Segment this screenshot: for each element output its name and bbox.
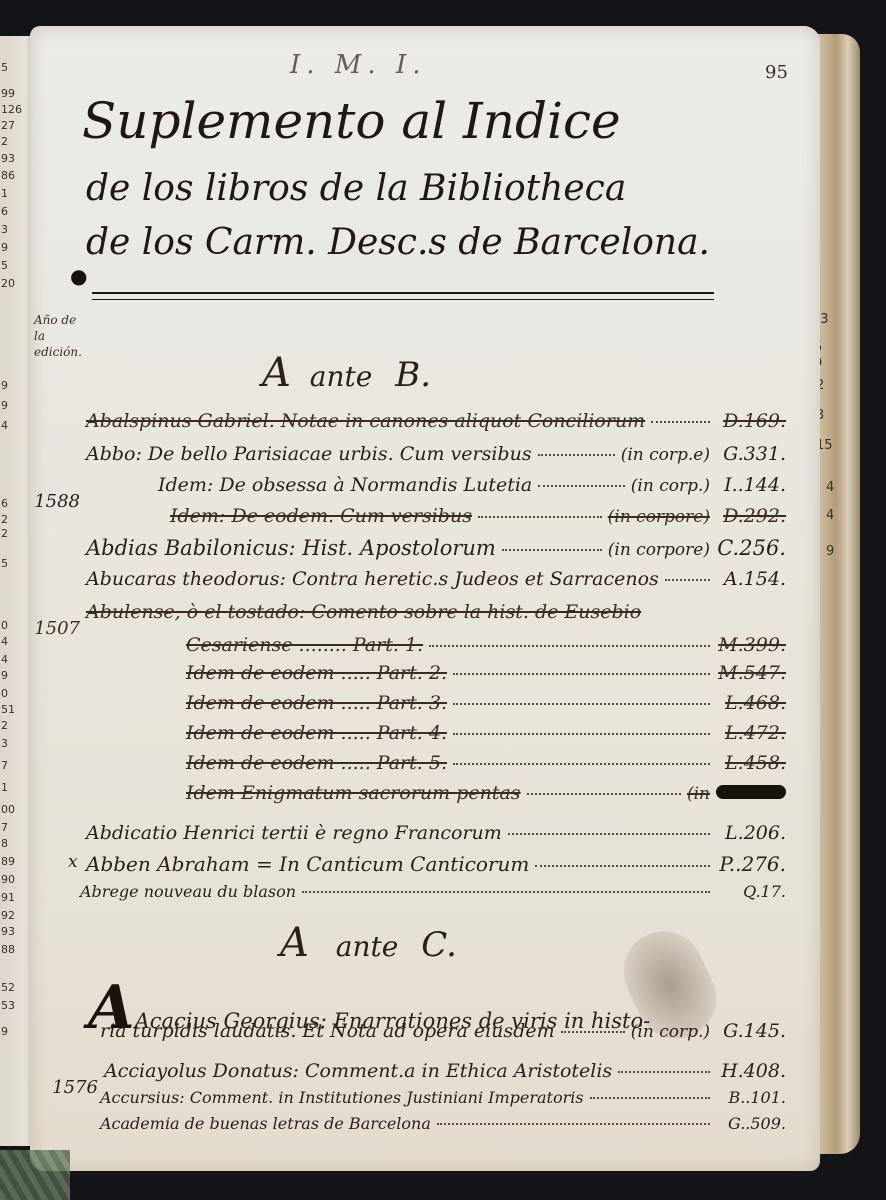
margin-number: 4 — [1, 654, 8, 665]
index-entry: Cesariense ........ Part. 1. M.399. — [186, 634, 786, 664]
margin-note: Año de la edición. — [34, 312, 84, 361]
entry-note: (in corp.) — [631, 1022, 710, 1042]
leader-dots — [538, 454, 615, 456]
margin-number: 91 — [1, 892, 15, 903]
margin-number: 86 — [1, 170, 15, 181]
entry-text: Academia de buenas letras de Barcelona — [100, 1114, 431, 1133]
margin-number: 5 — [1, 558, 8, 569]
entry-note: (in corp.) — [631, 476, 710, 496]
shelf-reference: L.206. — [716, 822, 786, 844]
margin-number: 92 — [1, 910, 15, 921]
leader-dots — [429, 645, 710, 647]
margin-number: 5 — [1, 260, 8, 271]
margin-number: 20 — [1, 278, 15, 289]
entry-text: Abdias Babilonicus: Hist. Apostolorum — [86, 536, 496, 560]
section-word: ante — [336, 930, 399, 963]
shelf-reference: L.468. — [716, 692, 786, 714]
margin-number: 1 — [1, 782, 8, 793]
shelf-reference: G..509. — [716, 1114, 786, 1133]
shelf-reference: C.256. — [716, 536, 786, 560]
margin-number: 1 — [1, 188, 8, 199]
entry-text: ria turpidis laudatis. Et Nota ad opera … — [100, 1020, 555, 1042]
margin-number: 93 — [1, 926, 15, 937]
margin-number: 6 — [1, 498, 8, 509]
entry-text: Abdicatio Henrici tertii è regno Francor… — [86, 822, 502, 844]
margin-number: 0 — [1, 620, 8, 631]
shelf-reference: I..144. — [716, 474, 786, 496]
year-text: 1576 — [52, 1077, 98, 1098]
entry-text: Idem de eodem ..... Part. 5. — [186, 752, 447, 774]
leader-dots — [535, 865, 710, 867]
section-word: ante — [310, 360, 373, 393]
entry-note: (in corpore) — [608, 507, 710, 527]
margin-number: 2 — [1, 720, 8, 731]
index-entry: 1576 Acciayolus Donatus: Comment.a in Et… — [104, 1060, 786, 1090]
margin-number: 4 — [1, 636, 8, 647]
margin-number: 27 — [1, 120, 15, 131]
section-next-letter: B. — [395, 355, 431, 395]
index-entry: A Acacius Georgius: Enarrationes de viri… — [88, 984, 788, 1014]
margin-number: 9 — [1, 400, 8, 411]
leader-dots — [453, 763, 710, 765]
margin-number: 51 — [1, 704, 15, 715]
ink-blot-icon — [716, 785, 786, 799]
margin-number: 3 — [1, 738, 8, 749]
entry-text: Abulense, ò el tostado: Comento sobre la… — [86, 601, 641, 623]
entry-note: (in corp.e) — [621, 445, 710, 465]
leader-dots — [508, 833, 710, 835]
margin-number: 2 — [1, 136, 8, 147]
edge-number: 4 — [826, 480, 834, 495]
shelf-reference: P..276. — [716, 852, 786, 876]
leader-dots — [651, 421, 710, 423]
margin-number: 2 — [1, 514, 8, 525]
section-letter: A — [280, 920, 309, 966]
index-entry: Idem de eodem ..... Part. 4. L.472. — [186, 722, 786, 752]
index-entry: Abbo: De bello Parisiacae urbis. Cum ver… — [86, 443, 786, 473]
leader-dots — [478, 516, 602, 518]
entry-text: Idem de eodem ..... Part. 3. — [186, 692, 447, 714]
index-entry: Abrege nouveau du blason Q.17. — [80, 882, 786, 912]
index-entry: Abucaras theodorus: Contra heretic.s Jud… — [86, 568, 786, 598]
margin-number: 9 — [1, 670, 8, 681]
leader-dots — [538, 485, 625, 487]
year-text: 1588 — [34, 491, 80, 512]
shelf-reference: D.292. — [716, 505, 786, 527]
entry-text: Abbo: De bello Parisiacae urbis. Cum ver… — [86, 443, 532, 465]
margin-number: 0 — [1, 688, 8, 699]
leader-dots — [302, 891, 710, 893]
index-entry: Academia de buenas letras de Barcelona G… — [100, 1114, 786, 1144]
title-rule-top — [92, 292, 714, 294]
entry-text: Idem: De eodem. Cum versibus — [170, 505, 472, 527]
index-entry: 1507 Abulense, ò el tostado: Comento sob… — [86, 601, 786, 631]
section-letter: A — [262, 350, 291, 396]
entry-text: Idem de eodem ..... Part. 2. — [186, 662, 447, 684]
index-entry: Abdicatio Henrici tertii è regno Francor… — [86, 822, 786, 852]
margin-number: 9 — [1, 1026, 8, 1037]
entry-note: (in corpore) — [608, 540, 710, 560]
leader-dots — [590, 1097, 710, 1099]
leader-dots — [453, 703, 710, 705]
margin-number: 8 — [1, 838, 8, 849]
title-rule-bottom — [92, 299, 714, 300]
margin-number: 00 — [1, 804, 15, 815]
index-entry: Idem: De eodem. Cum versibus (in corpore… — [86, 505, 786, 535]
margin-number: 90 — [1, 874, 15, 885]
page-title-line-3: de los Carm. Desc.s de Barcelona. — [86, 222, 710, 263]
entry-text: Idem de eodem ..... Part. 4. — [186, 722, 447, 744]
margin-number: 9 — [1, 242, 8, 253]
margin-number: 5 — [1, 62, 8, 73]
leader-dots — [453, 733, 710, 735]
leader-dots — [561, 1031, 625, 1033]
section-heading-a-ante-b: A ante B. — [262, 350, 431, 396]
margin-number: 52 — [1, 982, 15, 993]
shelf-reference: L.472. — [716, 722, 786, 744]
shelf-reference: M.399. — [716, 634, 786, 656]
shelf-reference: D.169. — [716, 410, 786, 432]
leader-dots — [453, 673, 710, 675]
index-entry: Idem Enigmatum sacrorum pentas (in — [186, 782, 786, 812]
edge-number: 4 — [826, 508, 834, 523]
entry-text: Abucaras theodorus: Contra heretic.s Jud… — [86, 568, 659, 590]
shelf-reference: M.547. — [716, 662, 786, 684]
margin-number: 99 — [1, 88, 15, 99]
entry-text: Acciayolus Donatus: Comment.a in Ethica … — [104, 1060, 612, 1082]
index-entry: Idem de eodem ..... Part. 5. L.458. — [186, 752, 786, 782]
leader-dots — [437, 1123, 710, 1125]
entry-text: Abalspinus Gabriel. Notae in canones ali… — [86, 410, 645, 432]
margin-number: 2 — [1, 528, 8, 539]
year-text: 1507 — [34, 618, 80, 639]
x-mark-icon: x — [68, 852, 78, 872]
shelf-reference: G.145. — [716, 1020, 786, 1042]
folio-number: 95 — [765, 62, 788, 83]
shelf-reference: Q.17. — [716, 882, 786, 901]
index-entry: Idem de eodem ..... Part. 3. L.468. — [186, 692, 786, 722]
bookmark-ribbon — [0, 1150, 70, 1200]
leader-dots — [502, 549, 602, 551]
entry-text: Cesariense ........ Part. 1. — [186, 634, 423, 656]
margin-number: 9 — [1, 380, 8, 391]
entry-text: Abrege nouveau du blason — [80, 882, 296, 901]
margin-number: 93 — [1, 153, 15, 164]
page-title-line-1: Suplemento al Indice — [82, 92, 621, 150]
ink-blot-icon: ● — [70, 264, 87, 288]
leader-dots — [618, 1071, 710, 1073]
shelf-reference: G.331. — [716, 443, 786, 465]
leader-dots — [527, 793, 681, 795]
shelf-reference: L.458. — [716, 752, 786, 774]
margin-number: 126 — [1, 104, 22, 115]
index-entry: ria turpidis laudatis. Et Nota ad opera … — [100, 1020, 786, 1050]
entry-text: Idem Enigmatum sacrorum pentas — [186, 782, 521, 804]
margin-number: 4 — [1, 420, 8, 431]
shelf-reference: B..101. — [716, 1088, 786, 1107]
margin-number: 53 — [1, 1000, 15, 1011]
margin-number: 7 — [1, 760, 8, 771]
section-next-letter: C. — [421, 925, 457, 965]
index-entry: x Abben Abraham = In Canticum Canticorum… — [86, 852, 786, 882]
index-entry: 1588 Idem: De obsessa à Normandis Luteti… — [86, 474, 786, 504]
margin-number: 6 — [1, 206, 8, 217]
page-title-line-2: de los libros de la Bibliotheca — [86, 168, 626, 209]
leader-dots — [665, 579, 710, 581]
entry-text: Idem: De obsessa à Normandis Lutetia — [158, 474, 532, 496]
shelf-reference: H.408. — [716, 1060, 786, 1082]
section-heading-a-ante-c: A ante C. — [280, 920, 457, 966]
margin-number: 7 — [1, 822, 8, 833]
entry-text: Accursius: Comment. in Institutiones Jus… — [100, 1088, 584, 1107]
index-entry: Abalspinus Gabriel. Notae in canones ali… — [86, 410, 786, 440]
index-entry: Abdias Babilonicus: Hist. Apostolorum (i… — [86, 536, 786, 566]
margin-number: 89 — [1, 856, 15, 867]
margin-number: 88 — [1, 944, 15, 955]
index-entry: Idem de eodem ..... Part. 2. M.547. — [186, 662, 786, 692]
entry-note: (in — [687, 784, 710, 804]
shelf-reference: A.154. — [716, 568, 786, 590]
margin-number: 3 — [1, 224, 8, 235]
edge-number: 9 — [826, 544, 834, 559]
monogram: I. M. I. — [290, 50, 427, 80]
entry-text: Abben Abraham = In Canticum Canticorum — [86, 852, 529, 876]
